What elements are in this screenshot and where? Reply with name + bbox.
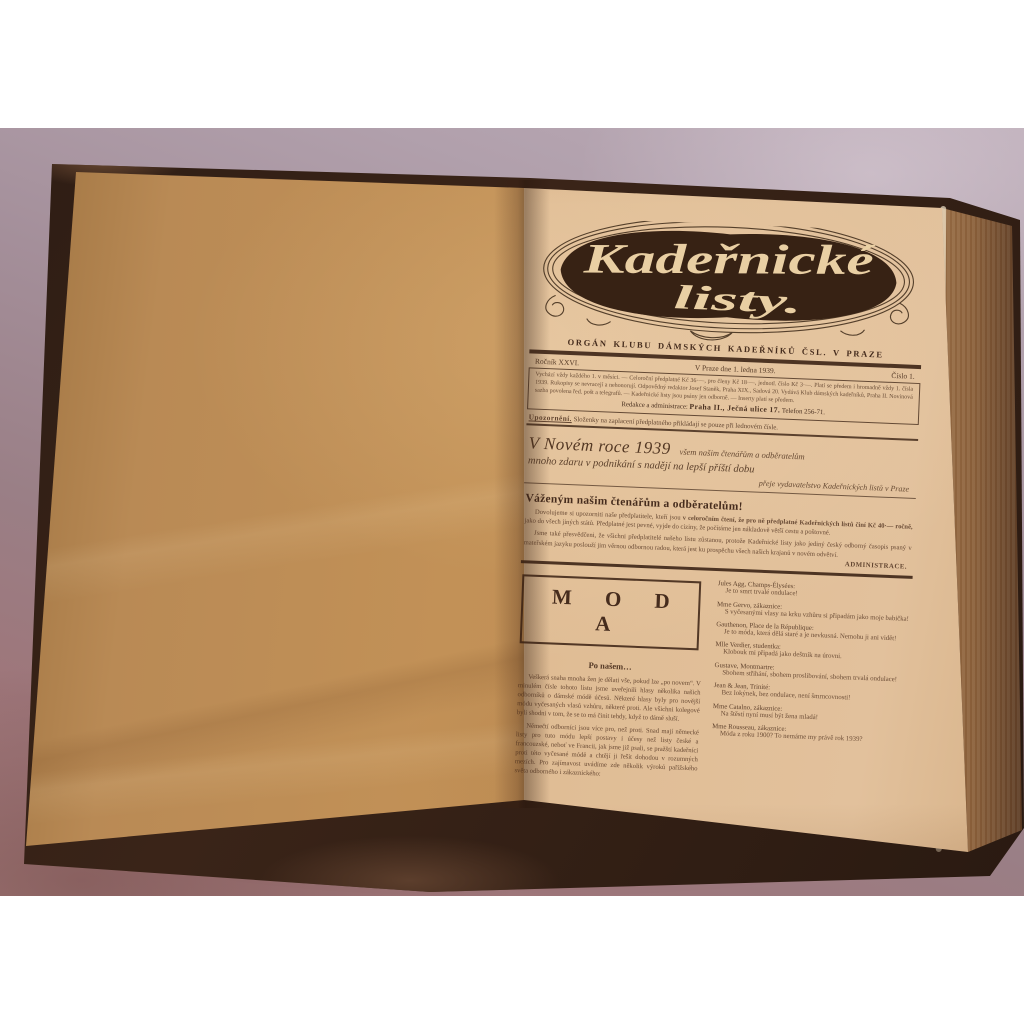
quote-item: Mlle Verdier, studentka: Klobouk mi přip… bbox=[715, 641, 910, 665]
moda-para1-text: Veškerá snaha mnoha žen je dělati vše, p… bbox=[517, 672, 701, 725]
issue-number: Číslo 1. bbox=[891, 371, 915, 381]
moda-column-left: M O D A Po našem… Veškerá snaha mnoha že… bbox=[512, 572, 707, 782]
imprint-address-street: Praha II., Ječná ulice 17. bbox=[689, 402, 780, 415]
imprint-address-phone: Telefon 256-71. bbox=[780, 408, 825, 417]
screenshot-canvas: Kadeřnické listy. ORGÁN KLUBU DÁMSKÝCH K… bbox=[0, 0, 1024, 1024]
issue-date: V Praze dne 1. ledna 1939. bbox=[695, 363, 776, 375]
quote-item: Gauthenon, Place de la République: Je to… bbox=[716, 621, 911, 645]
masthead-ornament: Kadeřnické listy. bbox=[540, 217, 916, 350]
quote-item: Jean & Jean, Trinité: Bez lokýnek, bez o… bbox=[713, 682, 908, 706]
imprint-address-label: Redakce a administrace: bbox=[621, 401, 689, 411]
moda-column-right: Jules Agg, Champs-Élysées: Je to smrt tr… bbox=[710, 580, 912, 791]
magazine-front-page: Kadeřnické listy. ORGÁN KLUBU DÁMSKÝCH K… bbox=[499, 186, 944, 827]
greeting-lead: V Novém roce 1939 bbox=[528, 434, 671, 459]
moda-columns: M O D A Po našem… Veškerá snaha mnoha že… bbox=[512, 572, 912, 791]
photo-of-open-book: Kadeřnické listy. ORGÁN KLUBU DÁMSKÝCH K… bbox=[0, 128, 1024, 896]
quote-item: Gustave, Montmartre: Sbohem střihání, sb… bbox=[714, 662, 909, 686]
moda-title: M O D A bbox=[522, 583, 699, 640]
greeting-lead-rest: všem našim čtenářům a odběratelům bbox=[679, 447, 804, 462]
quote-item: Mme Rousseau, zákaznice: Móda z roku 190… bbox=[712, 723, 907, 747]
moda-para1: Veškerá snaha mnoha žen je dělati vše, p… bbox=[517, 672, 701, 725]
moda-subhead: Po našem… bbox=[517, 657, 704, 674]
quote-item: Mme Gervo, zákaznice: S vyčesanými vlasy… bbox=[717, 601, 912, 625]
moda-para2-text: Němečtí odborníci jsou více pro, než pro… bbox=[514, 721, 699, 783]
masthead-title-line2: listy. bbox=[673, 279, 802, 321]
notice-label: Upozornění. bbox=[529, 413, 573, 424]
masthead-title-line1: Kadeřnické bbox=[582, 237, 876, 285]
moda-para2: Němečtí odborníci jsou více pro, než pro… bbox=[514, 721, 699, 783]
moda-title-box: M O D A bbox=[520, 574, 701, 650]
quote-item: Mme Catalno, zákaznice: Na štěstí nyní m… bbox=[712, 703, 907, 727]
issue-volume: Ročník XXVI. bbox=[535, 357, 579, 368]
quote-item: Jules Agg, Champs-Élysées: Je to smrt tr… bbox=[717, 580, 912, 604]
